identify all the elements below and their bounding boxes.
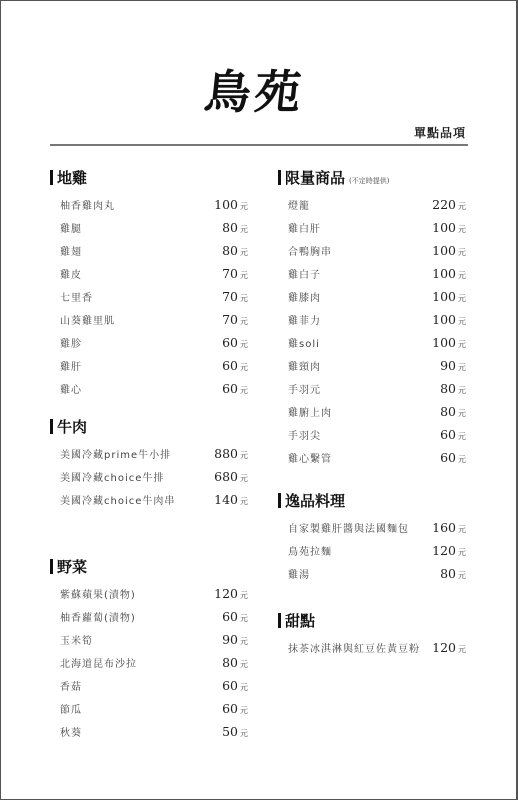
item-name: 鳥苑拉麵 xyxy=(288,543,332,558)
item-price: 100元 xyxy=(432,217,466,236)
price-value: 80 xyxy=(222,220,238,235)
menu-item: 北海道昆布沙拉80元 xyxy=(50,652,248,675)
menu-item: 自家製雞肝醬與法國麵包160元 xyxy=(278,517,466,540)
menu-item: 手羽尖60元 xyxy=(278,424,466,447)
price-value: 680 xyxy=(214,469,238,484)
item-name: 節瓜 xyxy=(60,701,82,716)
menu-item: 雞腿80元 xyxy=(50,217,248,240)
price-value: 60 xyxy=(440,450,456,465)
price-value: 70 xyxy=(222,289,238,304)
item-name: 秋葵 xyxy=(60,724,82,739)
item-price: 90元 xyxy=(222,629,248,648)
item-price: 60元 xyxy=(440,424,466,443)
item-price: 120元 xyxy=(432,540,466,559)
section-marker xyxy=(278,613,281,628)
item-price: 120元 xyxy=(214,583,248,602)
currency-unit: 元 xyxy=(458,571,466,580)
item-name: 雞皮 xyxy=(60,266,82,281)
currency-unit: 元 xyxy=(458,386,466,395)
price-value: 220 xyxy=(432,197,456,212)
item-price: 100元 xyxy=(432,240,466,259)
currency-unit: 元 xyxy=(240,386,248,395)
item-name: 玉米筍 xyxy=(60,632,93,647)
currency-unit: 元 xyxy=(240,660,248,669)
price-value: 120 xyxy=(214,586,238,601)
currency-unit: 元 xyxy=(240,340,248,349)
menu-item: 節瓜60元 xyxy=(50,698,248,721)
price-value: 100 xyxy=(432,289,456,304)
menu-item: 紫蘇蘋果(漬物)120元 xyxy=(50,583,248,606)
menu-item: 柚香蘿蔔(漬物)60元 xyxy=(50,606,248,629)
menu-item: 鳥苑拉麵120元 xyxy=(278,540,466,563)
item-name: 雞腑上肉 xyxy=(288,404,332,419)
currency-unit: 元 xyxy=(240,706,248,715)
section-vegetables: 野菜 紫蘇蘋果(漬物)120元柚香蘿蔔(漬物)60元玉米筍90元北海道昆布沙拉8… xyxy=(50,556,248,744)
price-value: 100 xyxy=(432,220,456,235)
currency-unit: 元 xyxy=(458,432,466,441)
currency-unit: 元 xyxy=(458,317,466,326)
section-limited: 限量商品 (不定時提供) 燈籠220元雞白肝100元合鴨胸串100元雞白子100… xyxy=(278,167,466,470)
item-price: 80元 xyxy=(222,652,248,671)
item-name: 雞白子 xyxy=(288,266,321,281)
item-name: 雞soli xyxy=(288,335,320,350)
price-value: 160 xyxy=(432,520,456,535)
item-price: 100元 xyxy=(432,286,466,305)
item-name: 雞心 xyxy=(60,381,82,396)
menu-item: 雞菲力100元 xyxy=(278,309,466,332)
price-value: 80 xyxy=(440,566,456,581)
currency-unit: 元 xyxy=(240,202,248,211)
currency-unit: 元 xyxy=(240,637,248,646)
currency-unit: 元 xyxy=(240,271,248,280)
menu-item: 雞皮70元 xyxy=(50,263,248,286)
item-list: 抹茶冰淇淋與紅豆佐黃豆粉120元 xyxy=(278,637,466,660)
menu-item: 雞湯80元 xyxy=(278,563,466,586)
currency-unit: 元 xyxy=(240,474,248,483)
item-name: 七里香 xyxy=(60,289,93,304)
item-price: 680元 xyxy=(214,466,248,485)
currency-unit: 元 xyxy=(240,497,248,506)
item-list: 柚香雞肉丸100元雞腿80元雞翅80元雞皮70元七里香70元山葵雞里肌70元雞胗… xyxy=(50,194,248,401)
price-value: 880 xyxy=(214,446,238,461)
menu-item: 玉米筍90元 xyxy=(50,629,248,652)
item-name: 紫蘇蘋果(漬物) xyxy=(60,586,136,601)
section-marker xyxy=(278,170,281,185)
availability-note: (不定時提供) xyxy=(349,176,389,186)
menu-item: 美國冷藏prime牛小排880元 xyxy=(50,443,248,466)
item-price: 90元 xyxy=(440,355,466,374)
price-value: 90 xyxy=(440,358,456,373)
item-price: 60元 xyxy=(222,332,248,351)
menu-item: 雞腑上肉80元 xyxy=(278,401,466,424)
item-name: 雞肝 xyxy=(60,358,82,373)
section-title: 野菜 xyxy=(50,556,248,580)
menu-item: 柚香雞肉丸100元 xyxy=(50,194,248,217)
price-value: 100 xyxy=(214,197,238,212)
currency-unit: 元 xyxy=(458,363,466,372)
item-name: 雞菲力 xyxy=(288,312,321,327)
price-value: 60 xyxy=(222,358,238,373)
currency-unit: 元 xyxy=(458,202,466,211)
item-name: 山葵雞里肌 xyxy=(60,312,115,327)
currency-unit: 元 xyxy=(458,225,466,234)
item-name: 手羽元 xyxy=(288,381,321,396)
item-price: 60元 xyxy=(222,698,248,717)
price-value: 50 xyxy=(222,724,238,739)
menu-item: 雞心60元 xyxy=(50,378,248,401)
item-price: 60元 xyxy=(440,447,466,466)
menu-item: 秋葵50元 xyxy=(50,721,248,744)
item-price: 60元 xyxy=(222,355,248,374)
currency-unit: 元 xyxy=(240,729,248,738)
left-column: 地雞 柚香雞肉丸100元雞腿80元雞翅80元雞皮70元七里香70元山葵雞里肌70… xyxy=(50,0,248,800)
item-name: 手羽尖 xyxy=(288,427,321,442)
item-name: 自家製雞肝醬與法國麵包 xyxy=(288,520,409,535)
section-title: 地雞 xyxy=(50,167,248,191)
item-price: 80元 xyxy=(440,563,466,582)
item-list: 紫蘇蘋果(漬物)120元柚香蘿蔔(漬物)60元玉米筍90元北海道昆布沙拉80元香… xyxy=(50,583,248,744)
price-value: 60 xyxy=(222,701,238,716)
currency-unit: 元 xyxy=(240,451,248,460)
item-name: 抹茶冰淇淋與紅豆佐黃豆粉 xyxy=(288,640,420,655)
menu-item: 雞肝60元 xyxy=(50,355,248,378)
section-title: 限量商品 (不定時提供) xyxy=(278,167,466,191)
item-price: 100元 xyxy=(214,194,248,213)
item-name: 美國冷藏choice牛肉串 xyxy=(60,492,175,507)
menu-item: 雞soli100元 xyxy=(278,332,466,355)
menu-item: 山葵雞里肌70元 xyxy=(50,309,248,332)
item-name: 柚香雞肉丸 xyxy=(60,197,115,212)
price-value: 80 xyxy=(440,381,456,396)
item-list: 美國冷藏prime牛小排880元美國冷藏choice牛排680元美國冷藏choi… xyxy=(50,443,248,512)
item-name: 北海道昆布沙拉 xyxy=(60,655,137,670)
section-jidori: 地雞 柚香雞肉丸100元雞腿80元雞翅80元雞皮70元七里香70元山葵雞里肌70… xyxy=(50,167,248,401)
section-marker xyxy=(50,419,53,434)
price-value: 140 xyxy=(214,492,238,507)
price-value: 120 xyxy=(432,543,456,558)
item-price: 120元 xyxy=(432,637,466,656)
menu-item: 雞膝肉100元 xyxy=(278,286,466,309)
price-value: 90 xyxy=(222,632,238,647)
menu-item: 美國冷藏choice牛肉串140元 xyxy=(50,489,248,512)
menu-item: 燈籠220元 xyxy=(278,194,466,217)
item-name: 雞腿 xyxy=(60,220,82,235)
currency-unit: 元 xyxy=(240,225,248,234)
item-price: 100元 xyxy=(432,332,466,351)
item-name: 雞膝肉 xyxy=(288,289,321,304)
section-title: 牛肉 xyxy=(50,416,248,440)
item-price: 100元 xyxy=(432,263,466,282)
menu-item: 香菇60元 xyxy=(50,675,248,698)
section-dessert: 甜點 抹茶冰淇淋與紅豆佐黃豆粉120元 xyxy=(278,610,466,660)
currency-unit: 元 xyxy=(458,455,466,464)
currency-unit: 元 xyxy=(240,363,248,372)
item-price: 60元 xyxy=(222,606,248,625)
section-specialty: 逸品料理 自家製雞肝醬與法國麵包160元鳥苑拉麵120元雞湯80元 xyxy=(278,490,466,586)
item-price: 80元 xyxy=(222,240,248,259)
item-list: 自家製雞肝醬與法國麵包160元鳥苑拉麵120元雞湯80元 xyxy=(278,517,466,586)
section-marker xyxy=(50,170,53,185)
menu-item: 抹茶冰淇淋與紅豆佐黃豆粉120元 xyxy=(278,637,466,660)
right-column: 限量商品 (不定時提供) 燈籠220元雞白肝100元合鴨胸串100元雞白子100… xyxy=(278,0,466,800)
item-name: 雞白肝 xyxy=(288,220,321,235)
menu-item: 合鴨胸串100元 xyxy=(278,240,466,263)
item-name: 香菇 xyxy=(60,678,82,693)
item-price: 80元 xyxy=(222,217,248,236)
item-price: 160元 xyxy=(432,517,466,536)
item-price: 80元 xyxy=(440,401,466,420)
currency-unit: 元 xyxy=(458,409,466,418)
section-title: 甜點 xyxy=(278,610,466,634)
currency-unit: 元 xyxy=(458,248,466,257)
section-title: 逸品料理 xyxy=(278,490,466,514)
item-price: 50元 xyxy=(222,721,248,740)
price-value: 80 xyxy=(222,655,238,670)
price-value: 60 xyxy=(222,335,238,350)
currency-unit: 元 xyxy=(458,271,466,280)
item-price: 60元 xyxy=(222,378,248,397)
item-price: 220元 xyxy=(432,194,466,213)
menu-item: 雞白子100元 xyxy=(278,263,466,286)
item-price: 880元 xyxy=(214,443,248,462)
section-beef: 牛肉 美國冷藏prime牛小排880元美國冷藏choice牛排680元美國冷藏c… xyxy=(50,416,248,512)
item-price: 70元 xyxy=(222,309,248,328)
currency-unit: 元 xyxy=(458,340,466,349)
price-value: 80 xyxy=(222,243,238,258)
currency-unit: 元 xyxy=(458,645,466,654)
item-price: 100元 xyxy=(432,309,466,328)
currency-unit: 元 xyxy=(458,525,466,534)
menu-item: 雞翅80元 xyxy=(50,240,248,263)
price-value: 100 xyxy=(432,312,456,327)
item-price: 140元 xyxy=(214,489,248,508)
item-name: 雞翅 xyxy=(60,243,82,258)
item-name: 雞頸肉 xyxy=(288,358,321,373)
currency-unit: 元 xyxy=(458,548,466,557)
item-name: 雞胗 xyxy=(60,335,82,350)
item-price: 80元 xyxy=(440,378,466,397)
price-value: 100 xyxy=(432,335,456,350)
currency-unit: 元 xyxy=(240,591,248,600)
item-name: 美國冷藏prime牛小排 xyxy=(60,446,171,461)
item-price: 70元 xyxy=(222,263,248,282)
menu-item: 雞心繫管60元 xyxy=(278,447,466,470)
price-value: 100 xyxy=(432,243,456,258)
item-name: 雞心繫管 xyxy=(288,450,332,465)
item-name: 合鴨胸串 xyxy=(288,243,332,258)
section-marker xyxy=(278,493,281,508)
currency-unit: 元 xyxy=(240,248,248,257)
currency-unit: 元 xyxy=(458,294,466,303)
menu-item: 美國冷藏choice牛排680元 xyxy=(50,466,248,489)
item-list: 燈籠220元雞白肝100元合鴨胸串100元雞白子100元雞膝肉100元雞菲力10… xyxy=(278,194,466,470)
price-value: 60 xyxy=(440,427,456,442)
menu-item: 雞胗60元 xyxy=(50,332,248,355)
currency-unit: 元 xyxy=(240,614,248,623)
item-name: 燈籠 xyxy=(288,197,310,212)
price-value: 70 xyxy=(222,312,238,327)
price-value: 100 xyxy=(432,266,456,281)
section-marker xyxy=(50,559,53,574)
item-name: 美國冷藏choice牛排 xyxy=(60,469,164,484)
price-value: 60 xyxy=(222,381,238,396)
item-price: 70元 xyxy=(222,286,248,305)
currency-unit: 元 xyxy=(240,683,248,692)
price-value: 60 xyxy=(222,678,238,693)
currency-unit: 元 xyxy=(240,294,248,303)
price-value: 60 xyxy=(222,609,238,624)
currency-unit: 元 xyxy=(240,317,248,326)
item-name: 柚香蘿蔔(漬物) xyxy=(60,609,136,624)
menu-item: 七里香70元 xyxy=(50,286,248,309)
price-value: 80 xyxy=(440,404,456,419)
price-value: 120 xyxy=(432,640,456,655)
item-name: 雞湯 xyxy=(288,566,310,581)
menu-item: 雞頸肉90元 xyxy=(278,355,466,378)
item-price: 60元 xyxy=(222,675,248,694)
price-value: 70 xyxy=(222,266,238,281)
menu-item: 雞白肝100元 xyxy=(278,217,466,240)
menu-item: 手羽元80元 xyxy=(278,378,466,401)
